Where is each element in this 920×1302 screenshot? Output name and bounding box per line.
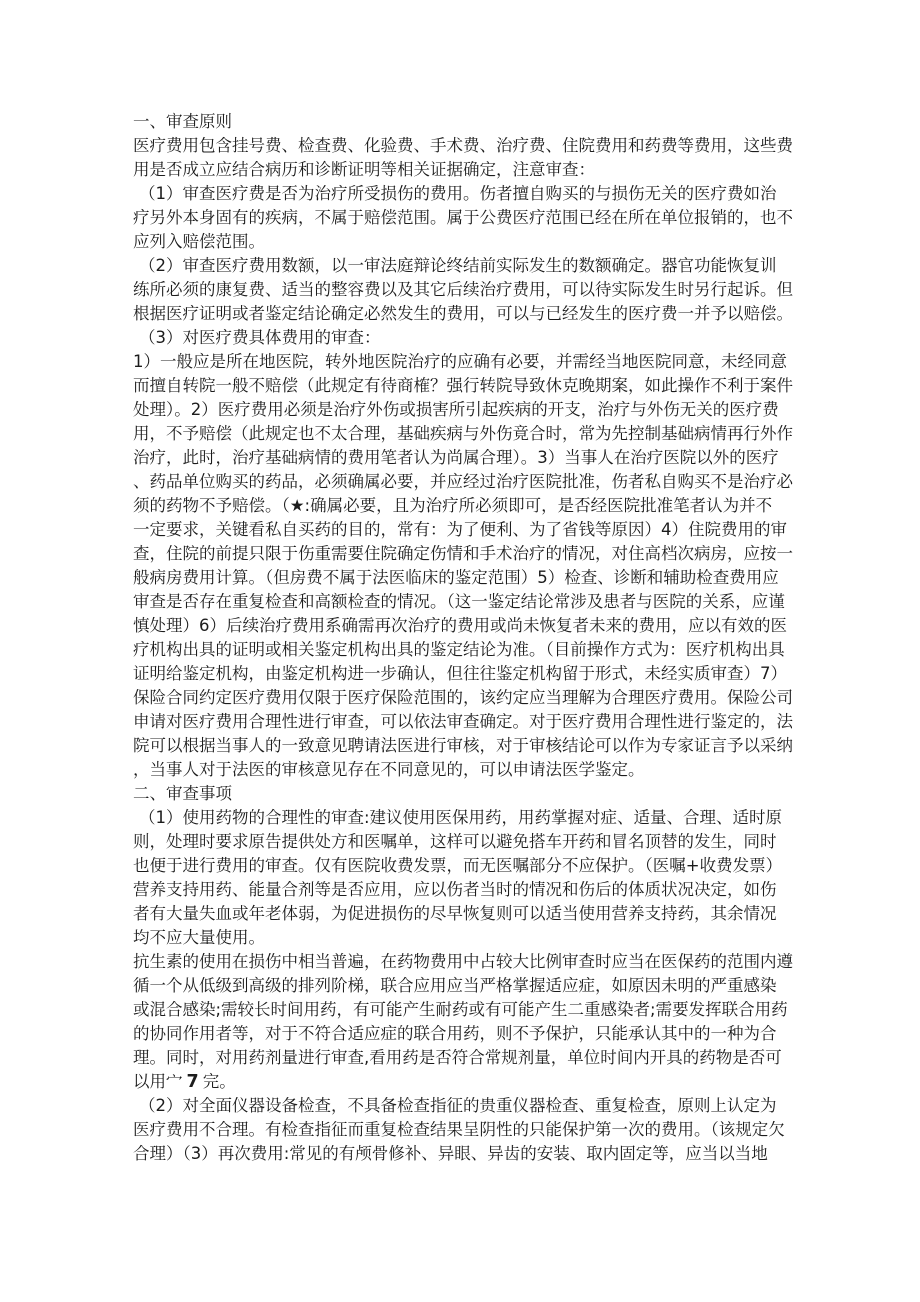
text-line: 营养支持用药、能量合剂等是否应用，应以伤者当时的情况和伤后的体质状况决定，如伤 bbox=[133, 878, 833, 902]
text-line: 则，处理时要求原告提供处方和医嘱单，这样可以避免搭车开药和冒名顶替的发生，同时 bbox=[133, 830, 833, 854]
text-line: 而擅自转院一般不赔偿（此规定有待商榷？强行转院导致休克晚期案，如此操作不利于案件 bbox=[133, 374, 833, 398]
text-line: 1）一般应是所在地医院，转外地医院治疗的应确有必要，并需经当地医院同意，未经同意 bbox=[133, 350, 833, 374]
text-line: 处理）。2）医疗费用必须是治疗外伤或损害所引起疾病的开支，治疗与外伤无关的医疗费 bbox=[133, 398, 833, 422]
text-line: 治疗，此时，治疗基础病情的费用笔者认为尚属合理）。3）当事人在治疗医院以外的医疗 bbox=[133, 446, 833, 470]
text-line: 一定要求，关键看私自买药的目的，常有：为了便利、为了省钱等原因）4）住院费用的审 bbox=[133, 518, 833, 542]
text-line: 合理）（3）再次费用:常见的有颅骨修补、异眼、异齿的安装、取内固定等，应当以当地 bbox=[133, 1142, 833, 1166]
text-line: 根据医疗证明或者鉴定结论确定必然发生的费用，可以与已经发生的医疗费一并予以赔偿。 bbox=[133, 302, 833, 326]
text-line: 也便于进行费用的审查。仅有医院收费发票，而无医嘱部分不应保护。（医嘱+收费发票） bbox=[133, 854, 833, 878]
text-line: （3）对医疗费具体费用的审查： bbox=[133, 326, 833, 350]
text-line: 抗生素的使用在损伤中相当普遍，在药物费用中占较大比例审查时应当在医保药的范围内遵 bbox=[133, 950, 833, 974]
text-line: 用，不予赔偿（此规定也不太合理，基础疾病与外伤竟合时，常为先控制基础病情再行外作 bbox=[133, 422, 833, 446]
text-line: 循一个从低级到高级的排列阶梯，联合应用应当严格掌握适应症，如原因未明的严重感染 bbox=[133, 974, 833, 998]
text-line: 、药品单位购买的药品，必须确属必要，并应经过治疗医院批准，伤者私自购买不是治疗必 bbox=[133, 470, 833, 494]
text-line: 须的药物不予赔偿。（★:确属必要，且为治疗所必须即可，是否经医院批准笔者认为并不 bbox=[133, 494, 833, 518]
text-line: （2）审查医疗费用数额，以一审法庭辩论终结前实际发生的数额确定。器官功能恢复训 bbox=[133, 254, 833, 278]
text-line: 均不应大量使用。 bbox=[133, 926, 833, 950]
text-segment: 以用宀 bbox=[133, 1072, 183, 1091]
text-line: 理。同时，对用药剂量进行审查,看用药是否符合常规剂量，单位时间内开具的药物是否可 bbox=[133, 1046, 833, 1070]
text-line: 般病房费用计算。（但房费不属于法医临床的鉴定范围）5）检查、诊断和辅助检查费用应 bbox=[133, 566, 833, 590]
text-line: 疗机构出具的证明或相关鉴定机构出具的鉴定结论为准。（目前操作方式为：医疗机构出具 bbox=[133, 638, 833, 662]
text-line: ，当事人对于法医的审核意见存在不同意见的，可以申请法医学鉴定。 bbox=[133, 758, 833, 782]
section-heading: 一、审查原则 bbox=[133, 110, 833, 134]
text-line: 用是否成立应结合病历和诊断证明等相关证据确定，注意审查： bbox=[133, 158, 833, 182]
bold-number: 7 bbox=[183, 1072, 203, 1092]
text-line: 者有大量失血或年老体弱，为促进损伤的尽早恢复则可以适当使用营养支持药，其余情况 bbox=[133, 902, 833, 926]
text-line: 或混合感染;需较长时间用药，有可能产生耐药或有可能产生二重感染者;需要发挥联合用… bbox=[133, 998, 833, 1022]
section-heading: 二、审查事项 bbox=[133, 782, 833, 806]
text-line: 以用宀7完。 bbox=[133, 1070, 833, 1094]
text-line: 保险合同约定医疗费用仅限于医疗保险范围的，该约定应当理解为合理医疗费用。保险公司 bbox=[133, 686, 833, 710]
text-line: 申请对医疗费用合理性进行审查，可以依法审查确定。对于医疗费用合理性进行鉴定的，法 bbox=[133, 710, 833, 734]
text-line: 应列入赔偿范围。 bbox=[133, 230, 833, 254]
text-line: 审查是否存在重复检查和高额检查的情况。（这一鉴定结论常涉及患者与医院的关系，应谨 bbox=[133, 590, 833, 614]
text-line: 慎处理）6）后续治疗费用系确需再次治疗的费用或尚未恢复者未来的费用，应以有效的医 bbox=[133, 614, 833, 638]
text-line: 证明给鉴定机构，由鉴定机构进一步确认，但往往鉴定机构留于形式，未经实质审查）7） bbox=[133, 662, 833, 686]
text-line: （1）审查医疗费是否为治疗所受损伤的费用。伤者擅自购买的与损伤无关的医疗费如治 bbox=[133, 182, 833, 206]
text-segment: 完。 bbox=[203, 1072, 236, 1091]
text-line: 医疗费用包含挂号费、检查费、化验费、手术费、治疗费、住院费用和药费等费用，这些费 bbox=[133, 134, 833, 158]
text-line: 练所必须的康复费、适当的整容费以及其它后续治疗费用，可以待实际发生时另行起诉。但 bbox=[133, 278, 833, 302]
text-line: （1）使用药物的合理性的审查:建议使用医保用药，用药掌握对症、适量、合理、适时原 bbox=[133, 806, 833, 830]
text-line: （2）对全面仪器设备检查，不具备检查指征的贵重仪器检查、重复检查，原则上认定为 bbox=[133, 1094, 833, 1118]
text-line: 疗另外本身固有的疾病，不属于赔偿范围。属于公费医疗范围已经在所在单位报销的，也不 bbox=[133, 206, 833, 230]
document-page: 一、审查原则医疗费用包含挂号费、检查费、化验费、手术费、治疗费、住院费用和药费等… bbox=[0, 0, 920, 1302]
text-line: 的协同作用者等，对于不符合适应症的联合用药，则不予保护，只能承认其中的一种为合 bbox=[133, 1022, 833, 1046]
text-line: 院可以根据当事人的一致意见聘请法医进行审核，对于审核结论可以作为专家证言予以采纳 bbox=[133, 734, 833, 758]
text-line: 医疗费用不合理。有检查指征而重复检查结果呈阴性的只能保护第一次的费用。（该规定欠 bbox=[133, 1118, 833, 1142]
document-text: 一、审查原则医疗费用包含挂号费、检查费、化验费、手术费、治疗费、住院费用和药费等… bbox=[133, 110, 833, 1166]
text-line: 查，住院的前提只限于伤重需要住院确定伤情和手术治疗的情况，对住高档次病房，应按一 bbox=[133, 542, 833, 566]
